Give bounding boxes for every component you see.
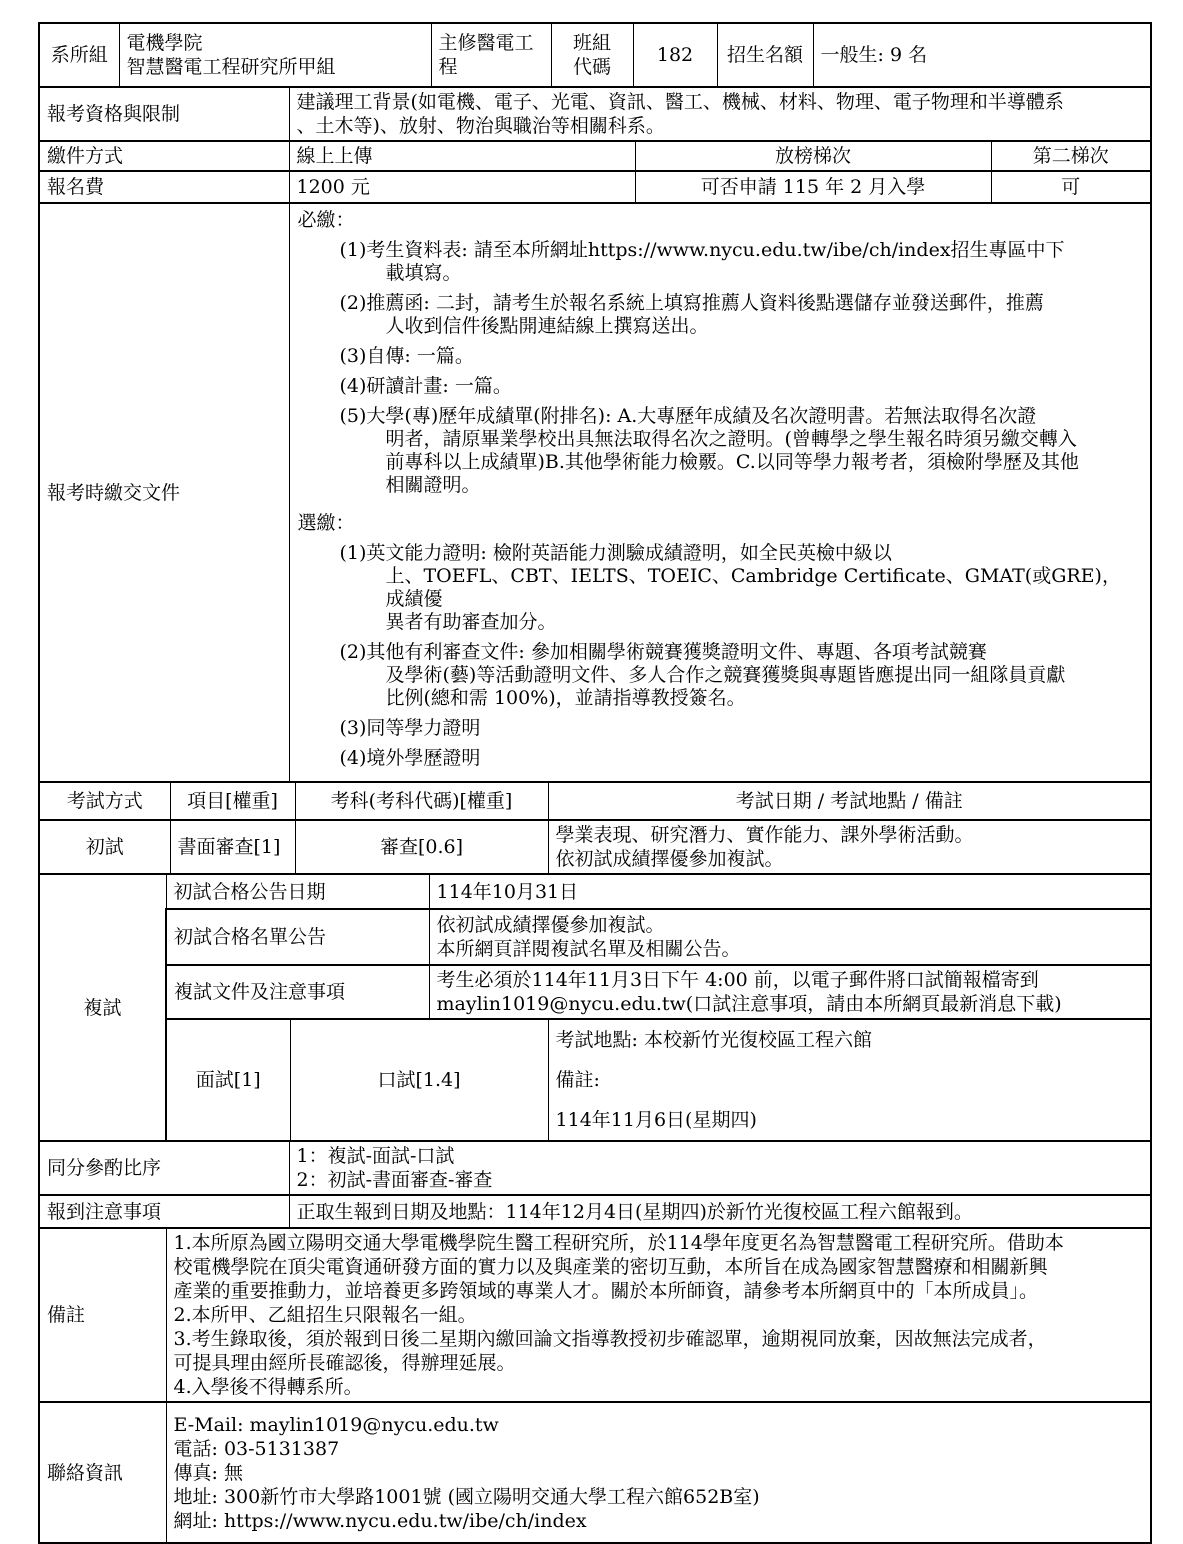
optional-doc-item: (2)其他有利審查文件: 參加相關學術競賽獲獎證明文件、專題、各項考試競賽 及學… [298, 641, 1143, 710]
item-number: (1) [340, 542, 367, 564]
interview-date: 114年11月6日(星期四) [556, 1108, 1144, 1132]
remark-item: 3.考生錄取後，須於報到日後二星期內繳回論文指導教授初步確認單，逾期視同放棄，因… [174, 1327, 1144, 1375]
quota-label: 招生名額 [717, 23, 813, 87]
interview-info: 考試地點: 本校新竹光復校區工程六館 備註: 114年11月6日(星期四) [548, 1019, 1151, 1141]
interview-location: 考試地點: 本校新竹光復校區工程六館 [556, 1028, 1144, 1052]
contact-website: 網址: https://www.nycu.edu.tw/ibe/ch/index [174, 1509, 1144, 1533]
optional-doc-item: (4)境外學歷證明 [298, 747, 1143, 770]
major-value: 主修醫電工 程 [431, 23, 551, 87]
contact-address: 地址: 300新竹市大學路1001號 (國立陽明交通大學工程六館652B室) [174, 1485, 1144, 1509]
checkin-value: 正取生報到日期及地點：114年12月4日(星期四)於新竹光復校區工程六館報到。 [289, 1195, 1151, 1228]
second-round-row-label: 複試文件及注意事項 [166, 965, 429, 1019]
item-number: (3) [340, 717, 367, 739]
qualification-label: 報考資格與限制 [39, 87, 289, 141]
dept-group-value: 電機學院 智慧醫電工程研究所甲組 [119, 23, 431, 87]
remark-item: 4.入學後不得轉系所。 [174, 1375, 1144, 1399]
fee-value: 1200 元 [289, 171, 635, 203]
required-docs-header: 必繳： [298, 209, 1143, 232]
remarks-label: 備註 [39, 1228, 166, 1402]
admission-info-sheet: 系所組 電機學院 智慧醫電工程研究所甲組 主修醫電工 程 班組 代碼 182 招… [38, 22, 1150, 1544]
interview-subject: 口試[1.4] [290, 1019, 548, 1141]
documents-label: 報考時繳交文件 [39, 203, 289, 782]
interview-note-label: 備註: [556, 1068, 1144, 1092]
contact-email: E-Mail: maylin1019@nycu.edu.tw [174, 1413, 1144, 1437]
first-round-subject: 審查[0.6] [295, 820, 548, 874]
item-text: 考生資料表: 請至本所網址https://www.nycu.edu.tw/ibe… [366, 239, 1064, 284]
submission-value: 線上上傳 [289, 141, 635, 171]
dept-group-label: 系所組 [39, 23, 119, 87]
second-round-row-value: 考生必須於114年11月3日下午 4:00 前，以電子郵件將口試簡報檔寄到 ma… [429, 965, 1151, 1019]
second-round-row-label: 初試合格名單公告 [166, 909, 429, 965]
submission-label: 繳件方式 [39, 141, 289, 171]
required-doc-item: (3)自傳: 一篇。 [298, 345, 1143, 368]
optional-doc-item: (1)英文能力證明: 檢附英語能力測驗成績證明，如全民英檢中級以 上、TOEFL… [298, 542, 1143, 634]
item-text: 大學(專)歷年成績單(附排名): A.大專歷年成績及名次證明書。若無法取得名次證… [366, 405, 1078, 496]
spring-entry-label: 可否申請 115 年 2 月入學 [635, 171, 991, 203]
tiebreak-checkin-table: 同分參酌比序 1：複試-面試-口試 2：初試-書面審查-審查 報到注意事項 正取… [38, 1140, 1152, 1229]
second-round-table: 複試 初試合格公告日期 114年10月31日 初試合格名單公告 依初試成績擇優參… [38, 873, 1152, 1142]
exam-method-header: 考試方式 [39, 782, 170, 820]
exam-item-header: 項目[權重] [170, 782, 295, 820]
documents-table: 報考時繳交文件 必繳： (1)考生資料表: 請至本所網址https://www.… [38, 202, 1152, 783]
item-number: (4) [340, 747, 367, 769]
optional-doc-item: (3)同等學力證明 [298, 717, 1143, 740]
required-doc-item: (1)考生資料表: 請至本所網址https://www.nycu.edu.tw/… [298, 239, 1143, 285]
remarks-table: 備註 1.本所原為國立陽明交通大學電機學院生醫工程研究所，於114學年度更名為智… [38, 1227, 1152, 1403]
tiebreak-value: 1：複試-面試-口試 2：初試-書面審查-審查 [289, 1141, 1151, 1195]
required-doc-item: (5)大學(專)歷年成績單(附排名): A.大專歷年成績及名次證明書。若無法取得… [298, 405, 1143, 497]
first-round-info: 學業表現、研究潛力、實作能力、課外學術活動。 依初試成績擇優參加複試。 [548, 820, 1151, 874]
interview-item: 面試[1] [166, 1019, 290, 1141]
contact-label: 聯絡資訊 [39, 1402, 166, 1543]
second-round-row-label: 初試合格公告日期 [166, 874, 429, 909]
item-number: (1) [340, 239, 367, 261]
quota-value: 一般生: 9 名 [813, 23, 1151, 87]
item-text: 自傳: 一篇。 [366, 345, 473, 367]
spring-entry-value: 可 [991, 171, 1151, 203]
item-text: 其他有利審查文件: 參加相關學術競賽獲獎證明文件、專題、各項考試競賽 及學術(藝… [366, 641, 1065, 709]
second-round-row-value: 依初試成績擇優參加複試。 本所網頁詳閱複試名單及相關公告。 [429, 909, 1151, 965]
qualification-text: 建議理工背景(如電機、電子、光電、資訊、醫工、機械、材料、物理、電子物理和半導體… [289, 87, 1151, 141]
class-code-value: 182 [633, 23, 717, 87]
documents-content: 必繳： (1)考生資料表: 請至本所網址https://www.nycu.edu… [289, 203, 1151, 782]
remark-item: 2.本所甲、乙組招生只限報名一組。 [174, 1303, 1144, 1327]
item-number: (2) [340, 641, 367, 663]
exam-method-table: 考試方式 項目[權重] 考科(考科代碼)[權重] 考試日期 / 考試地點 / 備… [38, 781, 1152, 875]
class-code-label: 班組 代碼 [551, 23, 633, 87]
item-number: (4) [340, 375, 367, 397]
contact-fax: 傳真: 無 [174, 1461, 1144, 1485]
remarks-content: 1.本所原為國立陽明交通大學電機學院生醫工程研究所，於114學年度更名為智慧醫電… [166, 1228, 1151, 1402]
required-doc-item: (2)推薦函: 二封，請考生於報名系統上填寫推薦人資料後點選儲存並發送郵件，推薦… [298, 292, 1143, 338]
item-text: 境外學歷證明 [366, 747, 480, 769]
tiebreak-label: 同分參酌比序 [39, 1141, 289, 1195]
announce-batch-value: 第二梯次 [991, 141, 1151, 171]
second-round-name: 複試 [39, 874, 166, 1141]
first-round-name: 初試 [39, 820, 170, 874]
item-number: (5) [340, 405, 367, 427]
item-text: 推薦函: 二封，請考生於報名系統上填寫推薦人資料後點選儲存並發送郵件，推薦 人收… [366, 292, 1043, 337]
second-round-row-value: 114年10月31日 [429, 874, 1151, 909]
contact-table: 聯絡資訊 E-Mail: maylin1019@nycu.edu.tw 電話: … [38, 1401, 1152, 1544]
item-text: 同等學力證明 [366, 717, 480, 739]
announce-batch-label: 放榜梯次 [635, 141, 991, 171]
remark-item: 1.本所原為國立陽明交通大學電機學院生醫工程研究所，於114學年度更名為智慧醫電… [174, 1231, 1144, 1303]
item-text: 研讀計畫: 一篇。 [366, 375, 511, 397]
contact-phone: 電話: 03-5131387 [174, 1437, 1144, 1461]
first-round-item: 書面審查[1] [170, 820, 295, 874]
dept-header-table: 系所組 電機學院 智慧醫電工程研究所甲組 主修醫電工 程 班組 代碼 182 招… [38, 22, 1152, 88]
item-text: 英文能力證明: 檢附英語能力測驗成績證明，如全民英檢中級以 上、TOEFL、CB… [366, 542, 1121, 633]
exam-subject-header: 考科(考科代碼)[權重] [295, 782, 548, 820]
item-number: (2) [340, 292, 367, 314]
exam-info-header: 考試日期 / 考試地點 / 備註 [548, 782, 1151, 820]
qualification-table: 報考資格與限制 建議理工背景(如電機、電子、光電、資訊、醫工、機械、材料、物理、… [38, 86, 1152, 142]
required-doc-item: (4)研讀計畫: 一篇。 [298, 375, 1143, 398]
optional-docs-header: 選繳： [298, 512, 1143, 535]
submission-fee-table: 繳件方式 線上上傳 放榜梯次 第二梯次 報名費 1200 元 可否申請 115 … [38, 140, 1152, 204]
contact-content: E-Mail: maylin1019@nycu.edu.tw 電話: 03-51… [166, 1402, 1151, 1543]
item-number: (3) [340, 345, 367, 367]
checkin-label: 報到注意事項 [39, 1195, 289, 1228]
fee-label: 報名費 [39, 171, 289, 203]
